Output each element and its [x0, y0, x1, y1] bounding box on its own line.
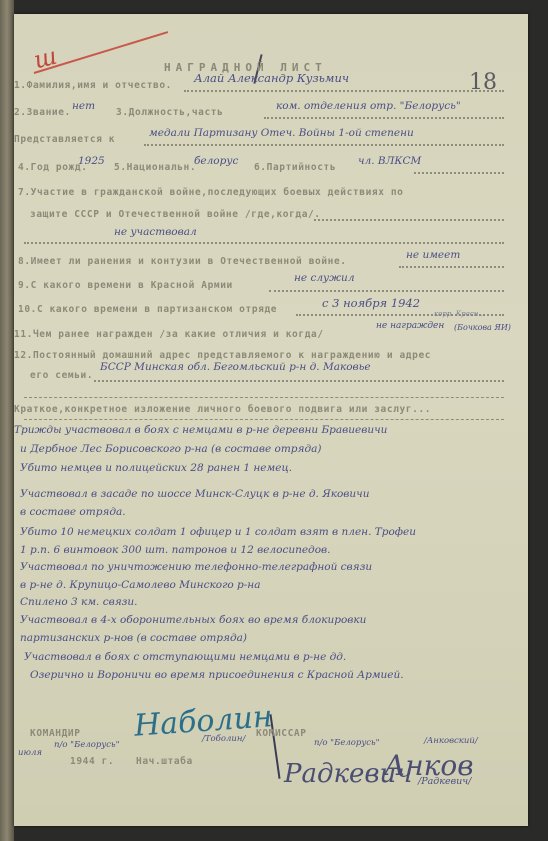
dashed-separator: [24, 397, 504, 398]
address-label-1: 12.Постоянный домашний адрес представляе…: [14, 350, 431, 361]
dotted-line: [144, 144, 504, 146]
narrative-line: 1 р.п. 6 винтовок 300 шт. патронов и 12 …: [20, 544, 330, 556]
dashed-separator: [24, 419, 504, 420]
partisan-value: с 3 ноября 1942: [322, 296, 420, 310]
dotted-line: [399, 266, 504, 268]
dotted-line: [414, 172, 504, 174]
wounds-label: 8.Имеет ли ранения и контузии в Отечеств…: [18, 256, 347, 267]
dotted-line: [94, 380, 504, 382]
civil-war-value: не участвовал: [114, 226, 197, 238]
summary-label: Краткое,конкретное изложение личного бое…: [14, 404, 431, 415]
narrative-line: партизанских р-нов (в составе отряда): [20, 632, 247, 644]
commissar-label: КОМИССАР: [256, 728, 307, 739]
dotted-line: [269, 290, 504, 292]
narrative-line: Трижды участвовал в боях с немцами в р-н…: [14, 424, 387, 436]
partisan-label: 10.С какого времени в партизанском отряд…: [18, 304, 277, 315]
address-label-2: его семьи.: [30, 370, 93, 381]
prev-awards-label: 11.Чем ранее награжден /за какие отличия…: [14, 329, 324, 340]
birth-year-value: 1925: [78, 155, 105, 167]
civil-war-label-1: 7.Участие в гражданской войне,последующи…: [18, 187, 404, 198]
narrative-line: и Дербное Лес Борисовского р-на (в соста…: [20, 443, 322, 455]
staff-label: Нач.штаба: [136, 756, 193, 767]
name-value: Алай Александр Кузьмич: [194, 71, 349, 85]
prev-awards-value: не награжден: [376, 321, 444, 331]
dotted-line: [264, 117, 504, 119]
chief-name: /Радкевич/: [418, 776, 471, 787]
date-prefix: июля: [18, 748, 42, 758]
commissar-unit: п/о "Белорусь": [314, 738, 380, 748]
address-value: БССР Минская обл. Бегомльский р-н д. Мак…: [100, 361, 371, 373]
party-value: чл. ВЛКСМ: [358, 155, 421, 167]
civil-war-label-2: защите СССР и Отечественной войне /где,к…: [30, 209, 321, 220]
nominated-label: Представляется к: [14, 134, 115, 145]
dotted-line: [314, 219, 504, 221]
nominated-value: медали Партизану Отеч. Войны 1-ой степен…: [149, 127, 414, 139]
red-army-label: 9.С какого времени в Красной Армии: [18, 280, 233, 291]
position-value: ком. отделения отр. "Белорусь": [276, 100, 461, 112]
prev-awards-note: корр. Красн...: [434, 310, 485, 318]
binder-edge: [0, 0, 14, 841]
narrative-line: Участвовал по уничтожению телефонно-теле…: [20, 561, 372, 573]
narrative-line: Убито 10 немецких солдат 1 офицер и 1 со…: [20, 526, 416, 538]
nationality-label: 5.Национальн.: [114, 162, 196, 173]
signature-stroke: [269, 714, 280, 779]
narrative-line: Участвовал в 4-х оборонительных боях во …: [20, 614, 366, 626]
narrative-line: Участвовал в боях с отступающими немцами…: [24, 651, 346, 663]
commander-unit: п/о "Белорусь": [54, 740, 120, 750]
narrative-line: в р-не д. Крупицо-Самолево Минского р-на: [20, 579, 260, 591]
award-sheet: ш НАГРАДНОЙ ЛИСТ 18 1.Фамилия,имя и отче…: [14, 14, 528, 826]
red-army-value: не служил: [294, 272, 355, 284]
dotted-line: [24, 242, 504, 244]
nationality-value: белорус: [194, 155, 238, 167]
wounds-value: не имеет: [406, 249, 460, 261]
position-label: 3.Должность,часть: [116, 107, 223, 118]
narrative-line: Участвовал в засаде по шоссе Минск-Слуцк…: [20, 488, 369, 500]
date-value: 1944 г.: [70, 756, 114, 767]
name-label: 1.Фамилия,имя и отчество.: [14, 80, 172, 91]
party-label: 6.Партийность: [254, 162, 336, 173]
prev-awards-note-2: (Бочкова ЯИ): [454, 323, 511, 332]
narrative-line: Убито немцев и полицейских 28 ранен 1 не…: [20, 462, 292, 474]
rank-value: нет: [72, 100, 95, 112]
narrative-line: Спилено 3 км. связи.: [20, 596, 137, 608]
narrative-line: Озерично и Вороничи во время присоединен…: [30, 669, 404, 681]
commissar-name: /Анковский/: [424, 736, 478, 746]
rank-label: 2.Звание.: [14, 107, 71, 118]
commander-signature: Hаболин: [133, 699, 274, 744]
dotted-line: [184, 90, 504, 92]
commander-label: КОМАНДИР: [30, 728, 81, 739]
narrative-line: в составе отряда.: [20, 506, 126, 518]
